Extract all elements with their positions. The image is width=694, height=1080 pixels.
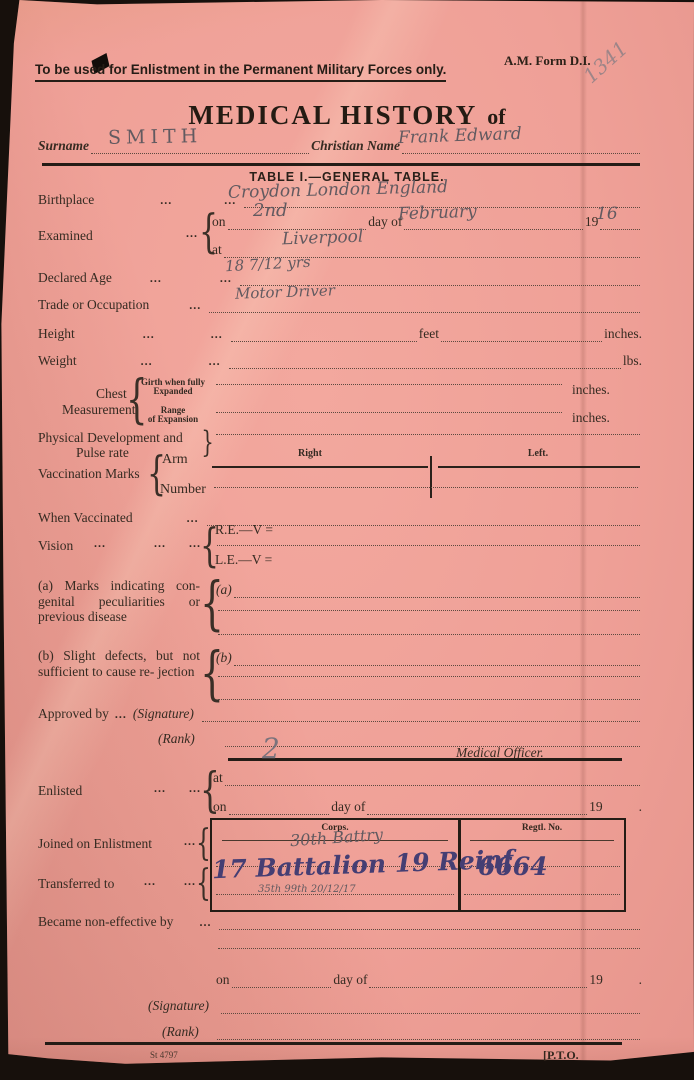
marks-a-tag: (a)	[216, 582, 232, 598]
ne-signature-row: (Signature)	[148, 998, 642, 1014]
leader-dots: ...	[205, 327, 229, 342]
leader-dots: ...	[135, 354, 159, 369]
left-label: Left.	[508, 449, 568, 460]
leader-dots: ...	[203, 354, 227, 369]
leader-dots: ...	[214, 271, 238, 286]
footer-print-code: St 4797	[150, 1050, 178, 1060]
corps-row1-line	[216, 866, 454, 867]
non-effective-line2	[216, 946, 642, 949]
defects-b-row1: (b)	[216, 650, 642, 666]
range-inches-label: inches.	[572, 410, 610, 426]
footer-rule	[45, 1042, 622, 1045]
ne-rank-label: (Rank)	[162, 1024, 199, 1040]
range-line2: of Expansion	[148, 414, 198, 424]
declared-age-label: Declared Age	[38, 270, 112, 286]
examined-label: Examined	[38, 228, 93, 244]
corps-header-rule	[222, 840, 448, 841]
range-row	[214, 410, 564, 413]
girth-row	[214, 382, 564, 385]
marks-a-row1: (a)	[216, 582, 642, 598]
surname-label: Surname	[38, 138, 89, 154]
feet-label: feet	[419, 326, 439, 342]
section-rule	[228, 758, 622, 761]
inches-label: inches.	[604, 326, 642, 342]
ne-on-label: on	[216, 972, 230, 988]
physical-line	[214, 432, 642, 435]
corps-row2-line	[216, 894, 454, 895]
height-label: Height	[38, 326, 75, 342]
approved-label: Approved by	[38, 706, 109, 722]
corps-header: Corps.	[212, 823, 458, 833]
leader-dots: ...	[88, 536, 112, 551]
defects-b-tag: (b)	[216, 650, 232, 666]
regtl-row1-line	[464, 866, 620, 867]
ne-day-of-label: day of	[333, 972, 367, 988]
marks-a-label: (a) Marks indicating con- genital peculi…	[38, 578, 200, 625]
title-suffix: of	[487, 104, 505, 129]
weight-row: Weight ... ... lbs.	[38, 353, 642, 369]
declared-age-row: Declared Age ... ...	[38, 270, 642, 286]
vision-le-label: L.E.—V =	[215, 552, 272, 568]
usage-notice: To be used for Enlistment in the Permane…	[35, 62, 446, 82]
birthplace-row: Birthplace ... ...	[38, 192, 642, 208]
approved-rank-row: (Rank)	[158, 731, 642, 747]
arm-label: Arm	[162, 452, 188, 468]
lbs-label: lbs.	[623, 353, 642, 369]
regtl-row2-line	[464, 894, 620, 895]
day-of-label: day of	[368, 214, 402, 230]
enlisted-year-label: 19	[589, 799, 603, 815]
title-text: MEDICAL HISTORY	[188, 100, 477, 130]
marks-a-line3: previous disease	[38, 609, 127, 624]
leader-dots: ...	[218, 193, 242, 208]
leader-dots: ...	[148, 781, 172, 796]
defects-b-row2	[216, 674, 642, 677]
christian-name-label: Christian Name	[311, 138, 400, 154]
girth-line2: Expanded	[153, 386, 192, 396]
form-title: MEDICAL HISTORYof	[0, 100, 694, 131]
defects-b-line2: sufficient to cause re-	[38, 664, 154, 679]
right-label: Right	[280, 449, 340, 460]
vision-line	[215, 543, 642, 546]
girth-inches-label: inches.	[572, 382, 610, 398]
right-arm-line	[212, 464, 428, 468]
transferred-label: Transferred to	[38, 876, 114, 892]
birthplace-label: Birthplace	[38, 192, 94, 208]
enlisted-at-row: at	[213, 770, 642, 786]
marks-a-line1: (a) Marks indicating con-	[38, 578, 200, 593]
enlisted-at-label: at	[213, 770, 223, 786]
corps-table: Corps. Regtl. No.	[210, 818, 626, 912]
weight-label: Weight	[38, 353, 77, 369]
ne-year-label: 19	[589, 972, 603, 988]
trade-label: Trade or Occupation	[38, 297, 149, 313]
regtl-header-rule	[470, 840, 614, 841]
period: .	[639, 799, 642, 815]
table-heading: TABLE I.—GENERAL TABLE.	[0, 170, 694, 184]
leader-dots: ...	[183, 298, 207, 313]
enlisted-label: Enlisted	[38, 783, 82, 799]
approved-signature-label: (Signature)	[133, 706, 194, 722]
vision-label: Vision	[38, 538, 73, 554]
leader-dots: ...	[154, 193, 178, 208]
physical-label-1: Physical Development and	[38, 430, 183, 446]
when-vaccinated-label: When Vaccinated	[38, 510, 133, 526]
examined-on-row: on day of 19	[212, 214, 642, 230]
range-label: Range of Expansion	[134, 406, 212, 425]
height-row: Height ... ... feet inches.	[38, 326, 642, 342]
non-effective-date-row: on day of 19 .	[216, 972, 642, 988]
leader-dots: ...	[137, 327, 161, 342]
chest-label-2: Measurement	[62, 402, 135, 418]
at-label: at	[212, 242, 222, 258]
leader-dots: ...	[109, 707, 133, 722]
enlisted-on-row: on day of 19 .	[213, 799, 642, 815]
period: .	[639, 972, 642, 988]
medical-form: 1341 To be used for Enlistment in the Pe…	[0, 0, 694, 1080]
non-effective-row: Became non-effective by ...	[38, 914, 642, 930]
number-line	[212, 485, 640, 488]
leader-dots: ...	[138, 874, 162, 889]
regtl-header: Regtl. No.	[460, 823, 624, 833]
arm-divider	[430, 456, 432, 498]
name-row: Surname Christian Name	[38, 138, 642, 154]
transferred-brace	[196, 866, 211, 902]
physical-label-2: Pulse rate	[76, 445, 129, 461]
year-prefix: 19	[585, 214, 599, 230]
defects-b-row3	[216, 697, 642, 700]
marks-a-row3	[216, 632, 642, 635]
when-vaccinated-row: When Vaccinated ...	[38, 510, 642, 526]
left-arm-line	[438, 464, 640, 468]
divider-rule	[42, 163, 640, 166]
leader-dots: ...	[193, 915, 217, 930]
defects-b-line1: (b) Slight defects, but not	[38, 648, 200, 663]
vaccination-label: Vaccination Marks	[38, 466, 140, 482]
defects-b-line3: jection	[158, 664, 195, 679]
defects-b-label: (b) Slight defects, but not sufficient t…	[38, 648, 200, 679]
ne-signature-label: (Signature)	[148, 998, 209, 1014]
joined-brace	[196, 826, 211, 862]
physical-brace	[201, 428, 213, 458]
girth-label: Girth when fully Expanded	[134, 378, 212, 397]
joined-label: Joined on Enlistment	[38, 836, 152, 852]
on-label: on	[212, 214, 226, 230]
marks-a-line2: genital peculiarities or	[38, 594, 200, 609]
form-code: A.M. Form D.I.	[504, 53, 591, 69]
ne-rank-row: (Rank)	[162, 1024, 642, 1040]
enlisted-day-of-label: day of	[331, 799, 365, 815]
enlisted-on-label: on	[213, 799, 227, 815]
non-effective-label: Became non-effective by	[38, 914, 173, 930]
approved-rank-label: (Rank)	[158, 731, 195, 747]
corps-column-divider	[458, 820, 461, 910]
leader-dots: ...	[144, 271, 168, 286]
leader-dots: ...	[148, 536, 172, 551]
footer-pto: [P.T.O.	[543, 1048, 579, 1063]
trade-row: Trade or Occupation ...	[38, 297, 642, 313]
chest-label-1: Chest	[96, 386, 127, 402]
examined-at-row: at	[212, 242, 642, 258]
marks-a-row2	[216, 608, 642, 611]
approved-row: Approved by ... (Signature)	[38, 706, 642, 722]
number-label: Number	[160, 482, 206, 498]
vision-re-label: R.E.—V =	[215, 522, 273, 538]
